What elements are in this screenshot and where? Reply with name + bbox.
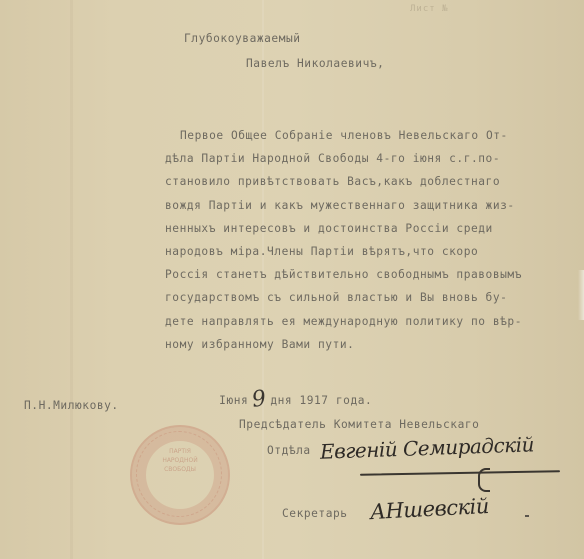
body-line: становило привѣтствовать Васъ,какъ добле…	[165, 170, 522, 193]
salutation-line-1: Глубокоуважаемый	[184, 32, 301, 45]
body-line: дѣла Партіи Народной Свободы 4-го іюня с…	[165, 147, 522, 170]
body-line: дете направлять ея международную политик…	[165, 310, 522, 333]
letter-page: Лист № Глубокоуважаемый Павелъ Николаеви…	[0, 0, 584, 559]
body-line: государствомъ съ сильной властью и Вы вн…	[165, 286, 522, 309]
date-day-handwritten: 9	[251, 386, 268, 413]
salutation-line-2: Павелъ Николаевичъ,	[246, 57, 384, 70]
body-line: ненныхъ интересовъ и достоинства Россіи …	[165, 217, 522, 240]
chairman-dept-label: Отдѣла	[267, 444, 311, 457]
signature-dash	[525, 515, 529, 517]
paper-crease	[70, 0, 73, 559]
seal-line: ПАРТІЯ	[154, 447, 206, 456]
secretary-label: Секретарь	[282, 507, 348, 520]
seal-line: НАРОДНОЙ	[154, 456, 206, 465]
party-seal-stamp: ПАРТІЯ НАРОДНОЙ СВОБОДЫ	[130, 425, 230, 525]
signature-flourish	[478, 468, 490, 492]
paper-torn-edge	[578, 270, 584, 320]
date-suffix: дня 1917 года.	[270, 394, 372, 407]
archive-sheet-number: Лист №	[410, 4, 449, 14]
chairman-signature: Евгеній Семирадскій	[320, 432, 535, 463]
secretary-signature: АНшевскій	[369, 494, 489, 524]
date-line: Іюня9дня 1917 года.	[190, 372, 372, 423]
body-line: Первое Общее Собраніе членовъ Невельскаг…	[165, 124, 522, 147]
seal-line: СВОБОДЫ	[154, 465, 206, 474]
addressee: П.Н.Милюкову.	[24, 399, 119, 412]
date-prefix: Іюня	[219, 394, 248, 407]
body-line: вождя Партіи и какъ мужественнаго защитн…	[165, 194, 522, 217]
seal-text: ПАРТІЯ НАРОДНОЙ СВОБОДЫ	[154, 447, 206, 503]
body-line: народовъ міра.Члены Партіи вѣрятъ,что ск…	[165, 240, 522, 263]
body-line: ному избранному Вами пути.	[165, 333, 522, 356]
chairman-title: Предсѣдатель Комитета Невельскаго	[239, 418, 479, 431]
body-line: Россія станетъ дѣйствительно свободнымъ …	[165, 263, 522, 286]
signature-underline	[360, 470, 560, 475]
letter-body: Первое Общее Собраніе членовъ Невельскаг…	[165, 124, 522, 356]
